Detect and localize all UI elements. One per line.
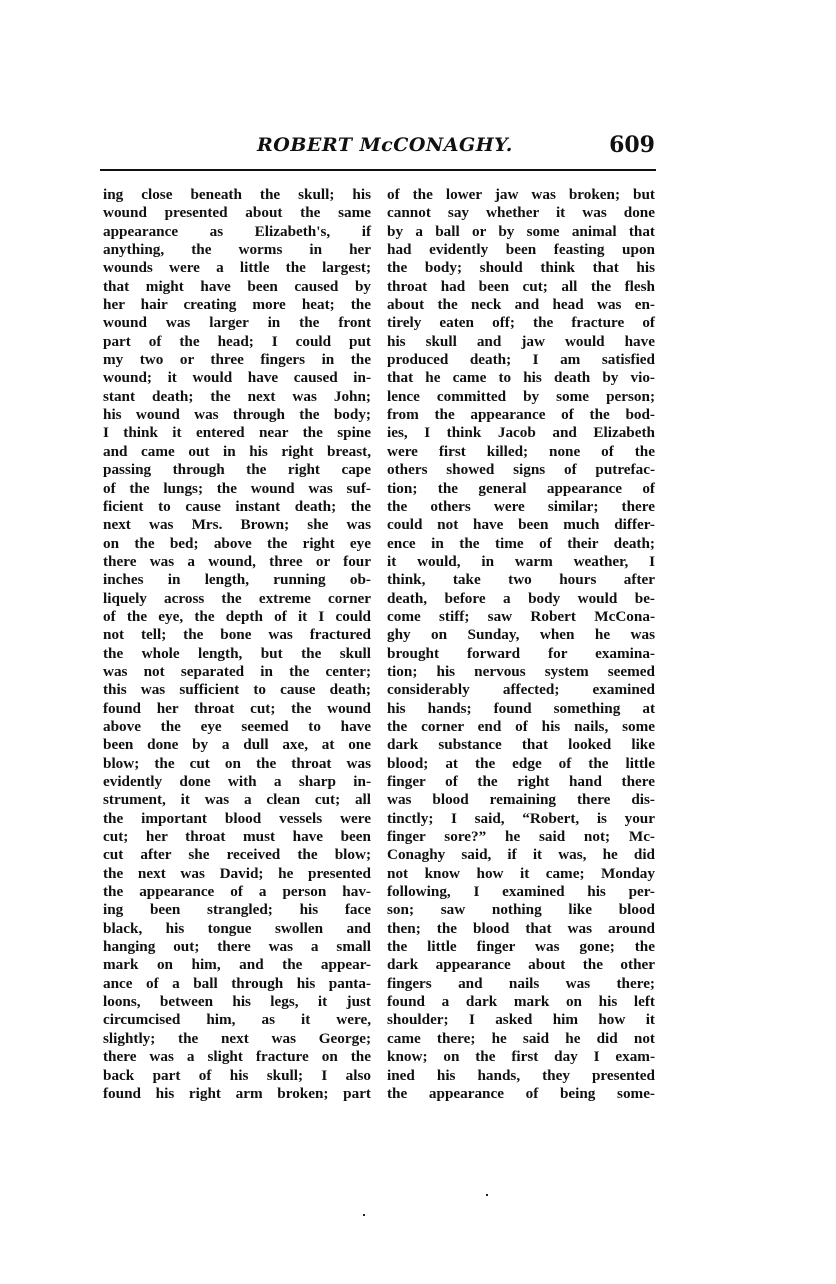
text-line: the little finger was gone; the: [387, 938, 655, 956]
text-line: his skull and jaw would have: [387, 333, 655, 351]
page-number: 609: [609, 132, 655, 158]
text-line: back part of his skull; I also: [103, 1067, 371, 1085]
book-page: ROBERT McCONAGHY. 609 ing close beneath …: [0, 0, 836, 1284]
text-line: from the appearance of the bod-: [387, 406, 655, 424]
text-line: considerably affected; examined: [387, 681, 655, 699]
text-line: ies, I think Jacob and Elizabeth: [387, 424, 655, 442]
text-line: ghy on Sunday, when he was: [387, 626, 655, 644]
text-line: blow; the cut on the throat was: [103, 755, 371, 773]
text-line: death, before a body would be-: [387, 590, 655, 608]
text-column-right: of the lower jaw was broken; butcannot s…: [387, 186, 655, 1103]
text-line: I think it entered near the spine: [103, 424, 371, 442]
text-line: appearance as Elizabeth's, if: [103, 223, 371, 241]
text-line: about the neck and head was en-: [387, 296, 655, 314]
text-line: come stiff; saw Robert McCona-: [387, 608, 655, 626]
text-line: finger sore?” he said not; Mc-: [387, 828, 655, 846]
text-line: the appearance of a person hav-: [103, 883, 371, 901]
text-line: his hands; found something at: [387, 700, 655, 718]
text-line: son; saw nothing like blood: [387, 901, 655, 919]
text-line: was not separated in the center;: [103, 663, 371, 681]
text-line: next was Mrs. Brown; she was: [103, 516, 371, 534]
text-column-left: ing close beneath the skull; hiswound pr…: [103, 186, 371, 1103]
text-line: hanging out; there was a small: [103, 938, 371, 956]
text-line: found his right arm broken; part: [103, 1085, 371, 1103]
text-line: brought forward for examina-: [387, 645, 655, 663]
text-line: not tell; the bone was fractured: [103, 626, 371, 644]
text-line: stant death; the next was John;: [103, 388, 371, 406]
text-line: know; on the first day I exam-: [387, 1048, 655, 1066]
text-line: mark on him, and the appear-: [103, 956, 371, 974]
text-line: that he came to his death by vio-: [387, 369, 655, 387]
text-line: following, I examined his per-: [387, 883, 655, 901]
text-line: lence committed by some person;: [387, 388, 655, 406]
text-line: there was a wound, three or four: [103, 553, 371, 571]
running-head-title: ROBERT McCONAGHY.: [257, 134, 513, 156]
text-line: ance of a ball through his panta-: [103, 975, 371, 993]
text-line: were first killed; none of the: [387, 443, 655, 461]
text-line: of the lower jaw was broken; but: [387, 186, 655, 204]
running-head: ROBERT McCONAGHY. 609: [103, 134, 655, 164]
text-line: ing been strangled; his face: [103, 901, 371, 919]
text-line: ined his hands, they presented: [387, 1067, 655, 1085]
text-line: cut after she received the blow;: [103, 846, 371, 864]
scan-speck: [486, 1194, 488, 1196]
text-line: throat had been cut; all the flesh: [387, 278, 655, 296]
text-line: then; the blood that was around: [387, 920, 655, 938]
text-line: think, take two hours after: [387, 571, 655, 589]
text-line: evidently done with a sharp in-: [103, 773, 371, 791]
text-line: tion; his nervous system seemed: [387, 663, 655, 681]
text-line: was blood remaining there dis-: [387, 791, 655, 809]
text-line: above the eye seemed to have: [103, 718, 371, 736]
text-line: anything, the worms in her: [103, 241, 371, 259]
text-line: fingers and nails was there;: [387, 975, 655, 993]
text-line: it would, in warm weather, I: [387, 553, 655, 571]
text-line: the whole length, but the skull: [103, 645, 371, 663]
text-line: that might have been caused by: [103, 278, 371, 296]
text-line: there was a slight fracture on the: [103, 1048, 371, 1066]
text-line: tirely eaten off; the fracture of: [387, 314, 655, 332]
text-line: his wound was through the body;: [103, 406, 371, 424]
text-line: ence in the time of their death;: [387, 535, 655, 553]
text-line: strument, it was a clean cut; all: [103, 791, 371, 809]
text-line: by a ball or by some animal that: [387, 223, 655, 241]
text-line: on the bed; above the right eye: [103, 535, 371, 553]
text-line: the corner end of his nails, some: [387, 718, 655, 736]
text-line: of the lungs; the wound was suf-: [103, 480, 371, 498]
scan-speck: [363, 1214, 365, 1216]
text-line: circumcised him, as it were,: [103, 1011, 371, 1029]
text-line: the next was David; he presented: [103, 865, 371, 883]
text-line: dark substance that looked like: [387, 736, 655, 754]
text-line: wound was larger in the front: [103, 314, 371, 332]
text-line: not know how it came; Monday: [387, 865, 655, 883]
text-line: the appearance of being some-: [387, 1085, 655, 1103]
text-line: dark appearance about the other: [387, 956, 655, 974]
text-line: of the eye, the depth of it I could: [103, 608, 371, 626]
text-line: my two or three fingers in the: [103, 351, 371, 369]
text-line: ing close beneath the skull; his: [103, 186, 371, 204]
text-line: tinctly; I said, “Robert, is your: [387, 810, 655, 828]
text-line: slightly; the next was George;: [103, 1030, 371, 1048]
text-line: passing through the right cape: [103, 461, 371, 479]
text-line: loons, between his legs, it just: [103, 993, 371, 1011]
header-rule: [100, 169, 656, 171]
text-line: part of the head; I could put: [103, 333, 371, 351]
text-line: the others were similar; there: [387, 498, 655, 516]
text-line: had evidently been feasting upon: [387, 241, 655, 259]
text-line: this was sufficient to cause death;: [103, 681, 371, 699]
text-line: her hair creating more heat; the: [103, 296, 371, 314]
text-line: wound; it would have caused in-: [103, 369, 371, 387]
text-line: tion; the general appearance of: [387, 480, 655, 498]
text-line: cannot say whether it was done: [387, 204, 655, 222]
text-line: found a dark mark on his left: [387, 993, 655, 1011]
text-line: the important blood vessels were: [103, 810, 371, 828]
text-line: blood; at the edge of the little: [387, 755, 655, 773]
text-line: the body; should think that his: [387, 259, 655, 277]
text-line: wound presented about the same: [103, 204, 371, 222]
text-line: shoulder; I asked him how it: [387, 1011, 655, 1029]
text-line: Conaghy said, if it was, he did: [387, 846, 655, 864]
text-line: finger of the right hand there: [387, 773, 655, 791]
text-line: wounds were a little the largest;: [103, 259, 371, 277]
text-line: produced death; I am satisfied: [387, 351, 655, 369]
text-line: been done by a dull axe, at one: [103, 736, 371, 754]
text-line: inches in length, running ob-: [103, 571, 371, 589]
text-line: cut; her throat must have been: [103, 828, 371, 846]
text-line: black, his tongue swollen and: [103, 920, 371, 938]
text-line: could not have been much differ-: [387, 516, 655, 534]
text-line: ficient to cause instant death; the: [103, 498, 371, 516]
text-line: others showed signs of putrefac-: [387, 461, 655, 479]
text-line: found her throat cut; the wound: [103, 700, 371, 718]
text-line: and came out in his right breast,: [103, 443, 371, 461]
text-line: liquely across the extreme corner: [103, 590, 371, 608]
text-line: came there; he said he did not: [387, 1030, 655, 1048]
